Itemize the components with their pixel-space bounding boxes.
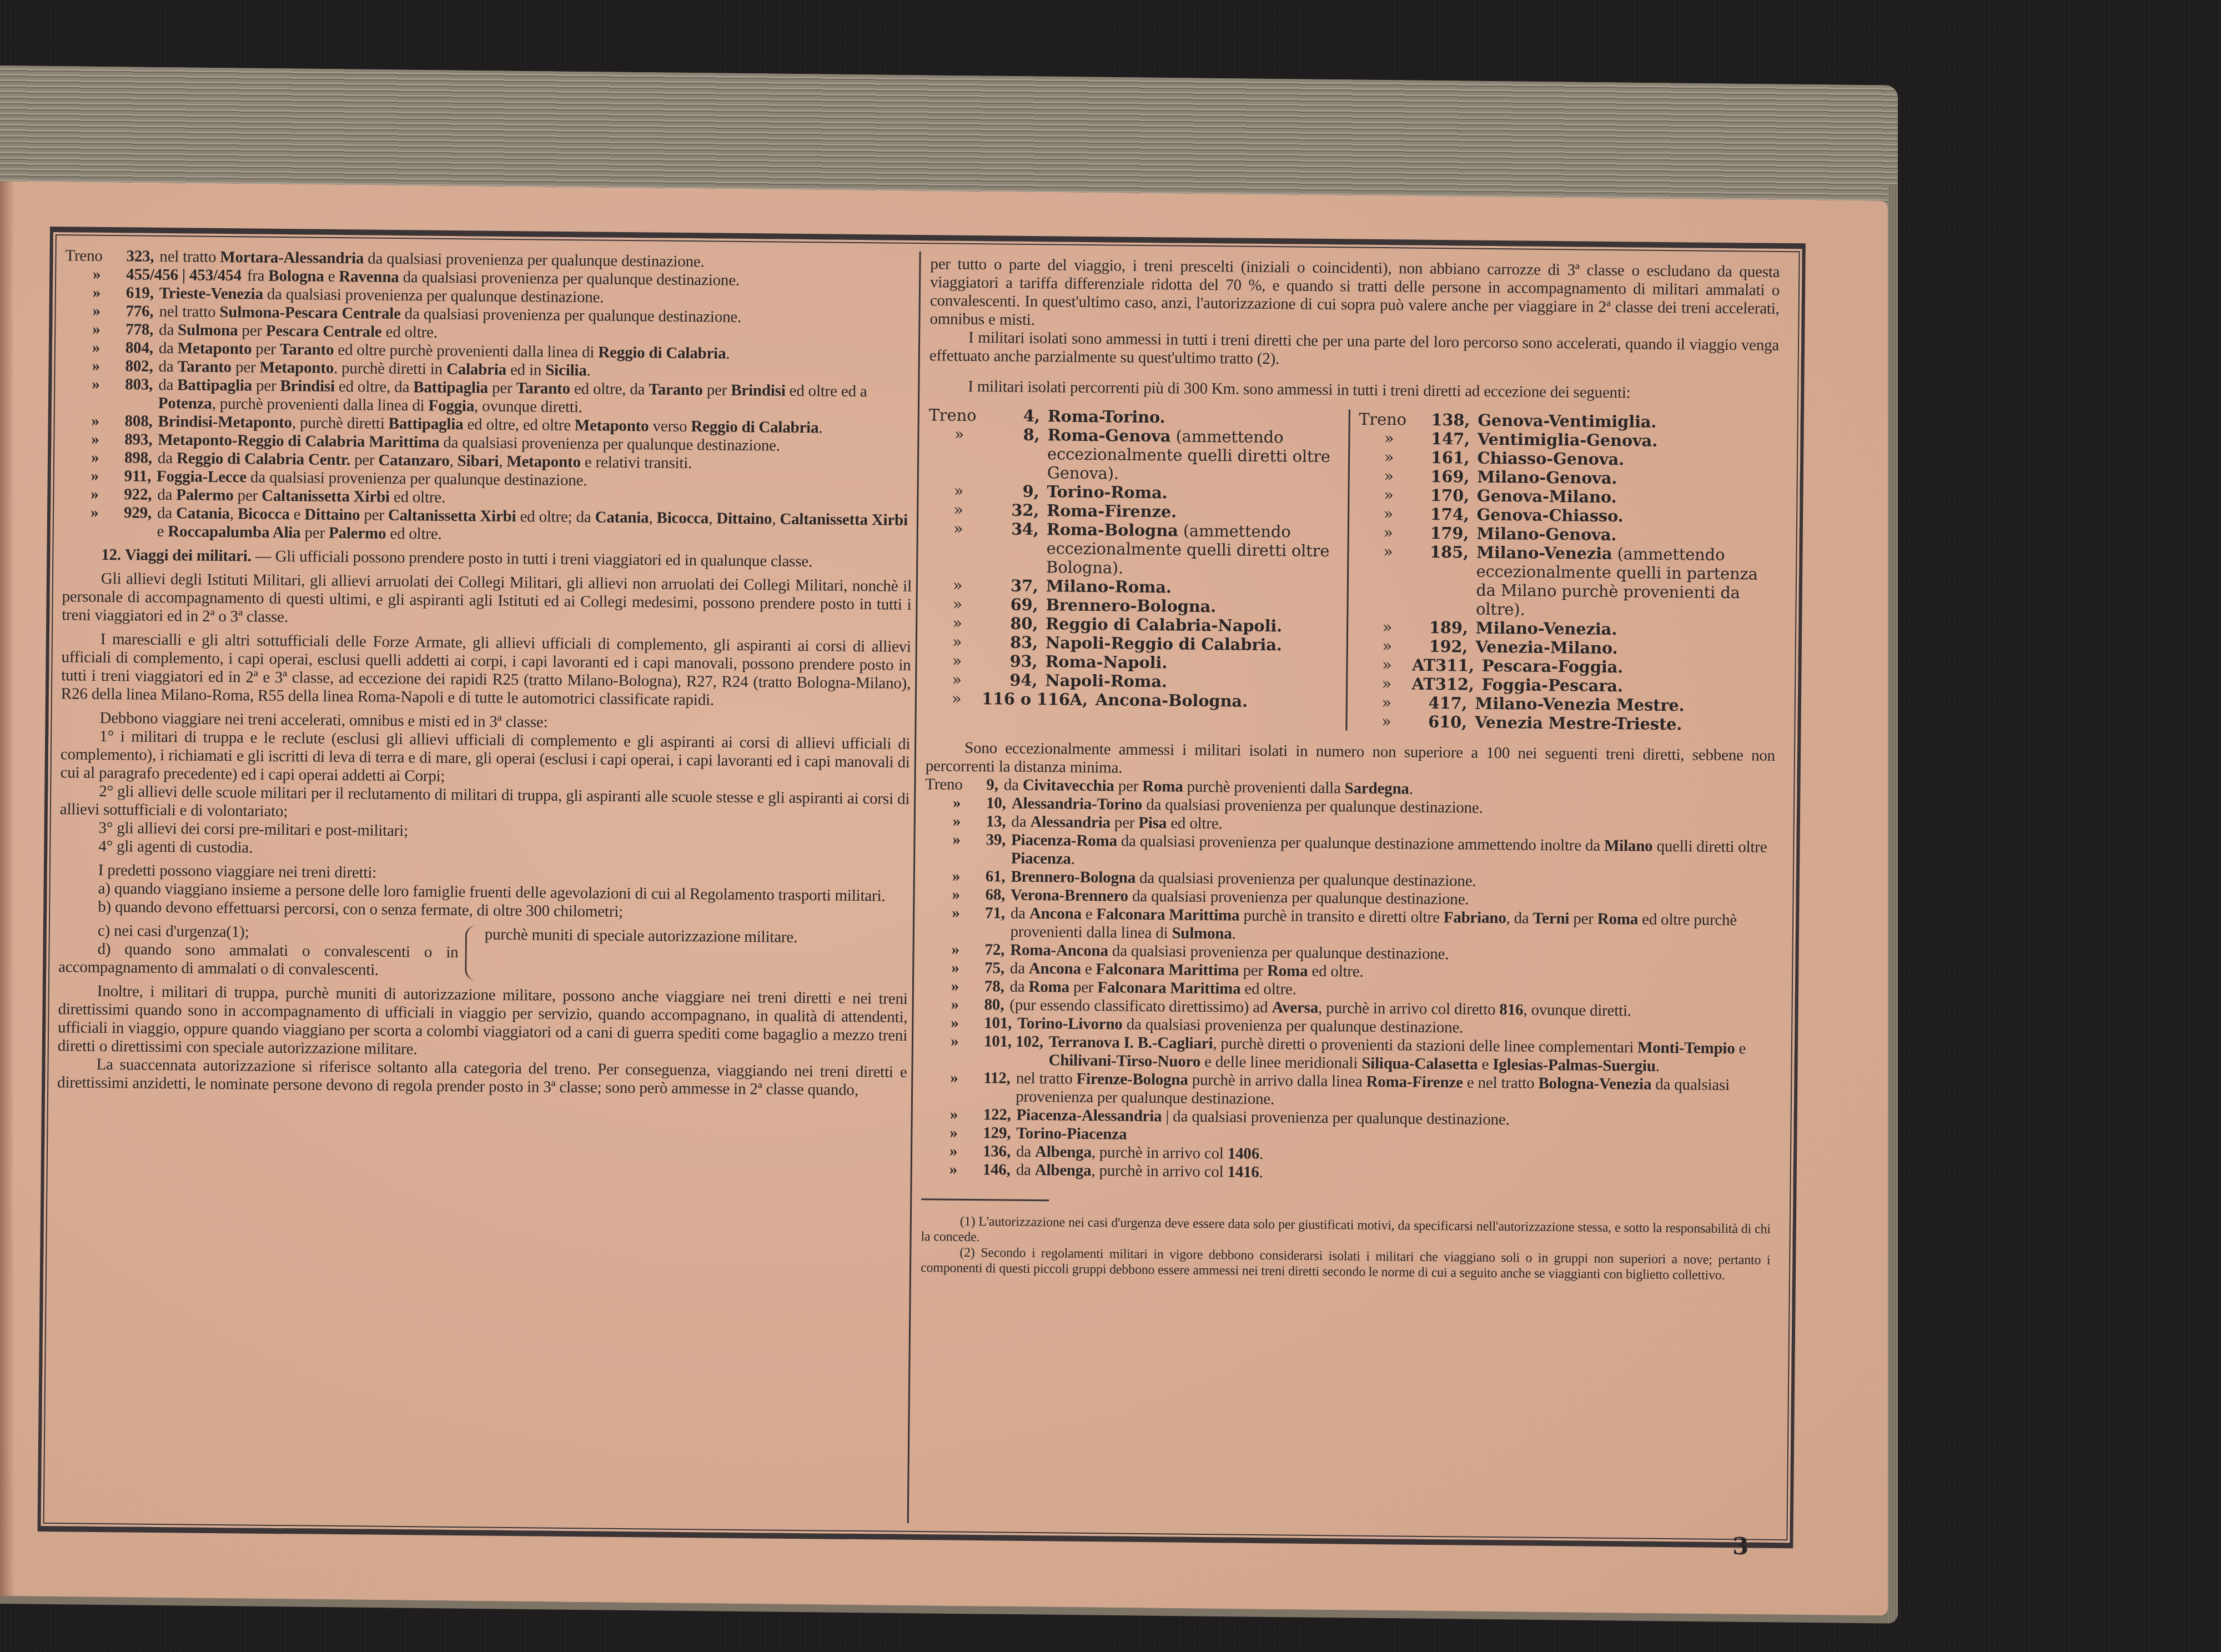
paragraph-marescialli: I marescialli e gli altri sottufficiali … (61, 630, 911, 711)
treno-label: Treno (925, 775, 986, 794)
train-number: 808, (124, 412, 152, 430)
ditto-mark: » (1357, 617, 1413, 637)
ditto-mark: » (1356, 655, 1412, 675)
ditto-mark: » (923, 995, 984, 1014)
train-route: Foggia-Pescara. (1481, 675, 1776, 697)
brace-group: c) nei casi d'urgenza(1); d) quando sono… (58, 921, 908, 985)
train-route: Genova-Ventimiglia. (1478, 411, 1778, 433)
brace-left-items: c) nei casi d'urgenza(1); d) quando sono… (58, 921, 459, 980)
train-route: Chiasso-Genova. (1477, 449, 1778, 470)
train-number: 189, (1413, 618, 1468, 637)
train-number: 9, (986, 776, 998, 794)
train-number: 83, (982, 632, 1038, 652)
train-number: 13, (986, 812, 1006, 831)
ditto-mark: » (64, 356, 125, 375)
train-number: AT312, (1412, 675, 1474, 694)
ditto-mark: » (65, 283, 126, 302)
excluded-train-row: »185,Milano-Venezia (ammettendo eccezion… (1357, 542, 1777, 621)
ditto-mark: » (1359, 429, 1414, 448)
train-number: 138, (1414, 410, 1470, 430)
ditto-mark: » (922, 1123, 983, 1142)
ditto-mark: » (927, 594, 982, 614)
ditto-mark: » (1356, 636, 1412, 656)
brace-icon (465, 925, 478, 980)
ditto-mark: » (1357, 542, 1413, 618)
brace-right-text: purchè muniti di speciale autorizzazione… (484, 926, 908, 985)
excluded-train-row: »116 o 116A,Ancona-Bologna. (926, 689, 1346, 711)
left-column: Treno323,nel tratto Mortara-Alessandria … (57, 247, 915, 1100)
train-route: Milano-Venezia (ammettendo eccezionalmen… (1476, 543, 1777, 621)
train-number: 10, (986, 794, 1006, 812)
ditto-mark: » (923, 977, 984, 996)
train-number: 34, (983, 519, 1039, 576)
ditto-mark: » (1356, 712, 1411, 731)
train-route: Milano-Venezia Mestre. (1475, 694, 1776, 716)
train-route: Milano-Venezia. (1476, 619, 1777, 640)
treno-label: Treno (929, 405, 984, 425)
train-entry: »929,da Catania, Bicocca e Dittaino per … (63, 503, 913, 548)
footnote-divider (921, 1198, 1049, 1201)
section-12-intro: 12. Viaggi dei militari. — Gli ufficiali… (62, 545, 912, 572)
train-number: 8, (984, 425, 1040, 482)
ditto-mark: » (1356, 674, 1412, 694)
ditto-mark: » (63, 448, 124, 467)
train-number: 80, (982, 614, 1038, 633)
train-number: 929, (124, 504, 152, 540)
train-number: 185, (1413, 543, 1469, 619)
ditto-mark: » (927, 575, 983, 595)
ditto-mark: » (924, 903, 986, 941)
excluded-trains-left: Treno4,Roma-Torino.»8,Roma-Genova (ammet… (926, 405, 1348, 730)
list-item: d) quando sono ammalati o convalescenti … (58, 940, 459, 980)
train-number: 147, (1414, 429, 1470, 449)
ditto-mark: » (925, 794, 986, 812)
ditto-mark: » (1358, 485, 1414, 505)
paragraph-isolati: I militari isolati sono ammessi in tutti… (929, 328, 1780, 373)
train-route: Genova-Milano. (1477, 486, 1778, 508)
ditto-mark: » (924, 867, 986, 886)
section-title: Viaggi dei militari. (125, 546, 252, 565)
ditto-mark: » (925, 812, 986, 831)
paragraph-suaccennata: La suaccennata autorizzazione si riferis… (57, 1055, 907, 1100)
ditto-mark: » (922, 1142, 983, 1161)
excluded-train-row: »34,Roma-Bologna (ammettendo eccezionalm… (927, 519, 1347, 579)
train-route: Milano-Genova. (1477, 468, 1778, 489)
train-route: Venezia-Milano. (1475, 637, 1776, 659)
train-number: 174, (1413, 505, 1469, 524)
ditto-mark: » (63, 411, 124, 430)
ditto-mark: » (1358, 504, 1413, 524)
train-route: Torino-Roma. (1047, 482, 1348, 504)
ditto-mark: » (928, 500, 983, 519)
ditto-mark: » (922, 1105, 983, 1124)
train-number: 61, (986, 867, 1006, 886)
page-number: 3 (1732, 1533, 1748, 1560)
ditto-mark: » (1356, 693, 1411, 712)
train-number: 922, (124, 485, 152, 504)
train-number: 170, (1414, 486, 1469, 505)
ditto-mark: » (927, 519, 983, 576)
train-number: 323, (126, 247, 154, 265)
train-number: 803, (125, 375, 153, 412)
train-number: 804, (125, 339, 153, 357)
train-number: 417, (1411, 694, 1467, 713)
train-exceptions-list: Treno323,nel tratto Mortara-Alessandria … (63, 247, 915, 548)
train-number: 80, (984, 996, 1004, 1014)
page-edges-side (1888, 185, 1898, 1624)
train-number: 802, (125, 357, 153, 375)
train-route: Venezia Mestre-Trieste. (1475, 713, 1776, 735)
train-number: AT311, (1412, 656, 1474, 675)
train-route: Ancona-Bologna. (1096, 690, 1346, 711)
train-number: 179, (1413, 524, 1469, 543)
train-route: Roma-Bologna (ammettendo eccezionalmente… (1046, 520, 1347, 579)
train-number: 72, (984, 941, 1004, 959)
ditto-mark: » (926, 651, 982, 670)
train-number: 68, (985, 886, 1005, 904)
section-number: 12. (101, 546, 121, 564)
train-route: Napoli-Roma. (1045, 671, 1346, 692)
train-number: 69, (982, 595, 1038, 614)
ditto-mark: » (926, 689, 982, 708)
treno-label: Treno (65, 247, 126, 265)
text-frame: Treno323,nel tratto Mortara-Alessandria … (37, 227, 1805, 1548)
ditto-mark: » (63, 466, 124, 485)
train-route: Roma-Torino. (1048, 406, 1349, 428)
train-number: 94, (982, 670, 1037, 690)
ditto-mark: » (1358, 448, 1414, 467)
train-route: Napoli-Reggio di Calabria. (1046, 633, 1346, 655)
train-route: Roma-Firenze. (1047, 501, 1348, 523)
train-route: Reggio di Calabria-Napoli. (1046, 614, 1346, 636)
ditto-mark: » (927, 632, 982, 651)
admitted-trains-list: Treno9,da Civitavecchia per Roma purchè … (922, 775, 1775, 1187)
train-description: Terranova I. B.-Cagliari, purchè diretti… (1048, 1033, 1772, 1077)
ditto-mark: » (922, 1068, 984, 1106)
train-number: 146, (983, 1161, 1011, 1179)
ditto-mark: » (928, 424, 984, 481)
train-number: 893, (124, 430, 152, 449)
ditto-mark: » (63, 503, 124, 540)
train-number: 101, (984, 1014, 1012, 1032)
train-number: 39, (986, 831, 1006, 867)
paragraph-inoltre: Inoltre, i militari di truppa, purchè mu… (58, 982, 908, 1063)
train-number: 9, (983, 481, 1039, 501)
train-number: 75, (984, 959, 1004, 977)
ditto-mark: » (922, 1160, 983, 1179)
train-number: 37, (983, 576, 1038, 595)
ditto-mark: » (1358, 466, 1414, 486)
treno-label: Treno (1359, 410, 1414, 429)
paragraph-300km: I militari isolati percorrenti più di 30… (929, 377, 1778, 404)
ditto-mark: » (64, 338, 125, 357)
ditto-mark: » (926, 670, 982, 689)
train-number: 778, (125, 320, 153, 339)
ditto-mark: » (924, 830, 986, 867)
ditto-mark: » (64, 302, 125, 320)
excluded-trains-right: Treno138,Genova-Ventimiglia.»147,Ventimi… (1345, 409, 1778, 734)
ditto-mark: » (923, 958, 984, 977)
train-number: 32, (983, 500, 1039, 520)
train-number: 101, 102, (984, 1032, 1044, 1069)
ditto-mark: » (65, 265, 126, 284)
ditto-mark: » (923, 940, 984, 959)
ditto-mark: » (64, 320, 125, 339)
section-intro-text: — Gli ufficiali possono prendere posto i… (255, 548, 813, 571)
train-number: 112, (983, 1069, 1011, 1106)
train-number: 136, (983, 1142, 1011, 1161)
train-number: 71, (985, 904, 1005, 941)
ditto-mark: » (1358, 523, 1413, 543)
ditto-mark: » (928, 481, 983, 500)
paragraph-allievi: Gli allievi degli Istituti Militari, gli… (62, 569, 912, 632)
ditto-mark: » (927, 613, 982, 632)
train-route: Roma-Genova (ammettendo eccezionalmente … (1047, 425, 1348, 485)
excluded-train-row: »610,Venezia Mestre-Trieste. (1356, 712, 1776, 735)
ditto-mark: » (924, 885, 985, 904)
train-description: da Catania, Bicocca e Dittaino per Calta… (157, 504, 913, 548)
train-number: 619, (126, 284, 154, 302)
train-number: 610, (1411, 712, 1467, 732)
ditto-mark: » (923, 1013, 984, 1032)
excluded-trains-table: Treno4,Roma-Torino.»8,Roma-Genova (ammet… (926, 405, 1778, 735)
spine-shadow (0, 181, 14, 1596)
section-12: 12. Viaggi dei militari. — Gli ufficiali… (57, 545, 912, 1100)
train-number: 4, (984, 406, 1040, 425)
excluded-train-row: »8,Roma-Genova (ammettendo eccezionalmen… (928, 424, 1348, 485)
ditto-mark: » (63, 430, 124, 449)
ditto-mark: » (63, 485, 124, 504)
train-number: 911, (124, 467, 152, 485)
train-route: Roma-Napoli. (1045, 652, 1346, 674)
train-route: Ventimiglia-Genova. (1478, 430, 1778, 451)
list-item: 1° i militari di truppa e le reclute (es… (60, 727, 910, 790)
train-number: 776, (125, 302, 153, 320)
train-number: 93, (982, 651, 1037, 671)
train-number: 129, (983, 1124, 1011, 1142)
right-column: per tutto o parte del viaggio, i treni p… (921, 255, 1780, 1284)
train-number: 169, (1414, 467, 1469, 486)
train-number: 78, (984, 977, 1004, 996)
train-number: 192, (1412, 637, 1468, 656)
train-number: 116 o 116A, (982, 689, 1088, 709)
train-number: 898, (124, 449, 152, 467)
train-route: Genova-Chiasso. (1476, 505, 1777, 527)
ditto-mark: » (923, 1032, 984, 1069)
train-number: 161, (1414, 448, 1469, 468)
train-route: Pescara-Foggia. (1482, 656, 1776, 678)
train-number: 455/456 | 453/454 (126, 265, 242, 285)
train-number: 122, (983, 1106, 1011, 1124)
train-route: Milano-Roma. (1046, 576, 1347, 598)
paragraph-continued: per tutto o parte del viaggio, i treni p… (929, 255, 1780, 337)
train-route: Brennero-Bologna. (1046, 595, 1346, 617)
ditto-mark: » (64, 375, 125, 412)
train-route: Milano-Genova. (1476, 524, 1777, 546)
